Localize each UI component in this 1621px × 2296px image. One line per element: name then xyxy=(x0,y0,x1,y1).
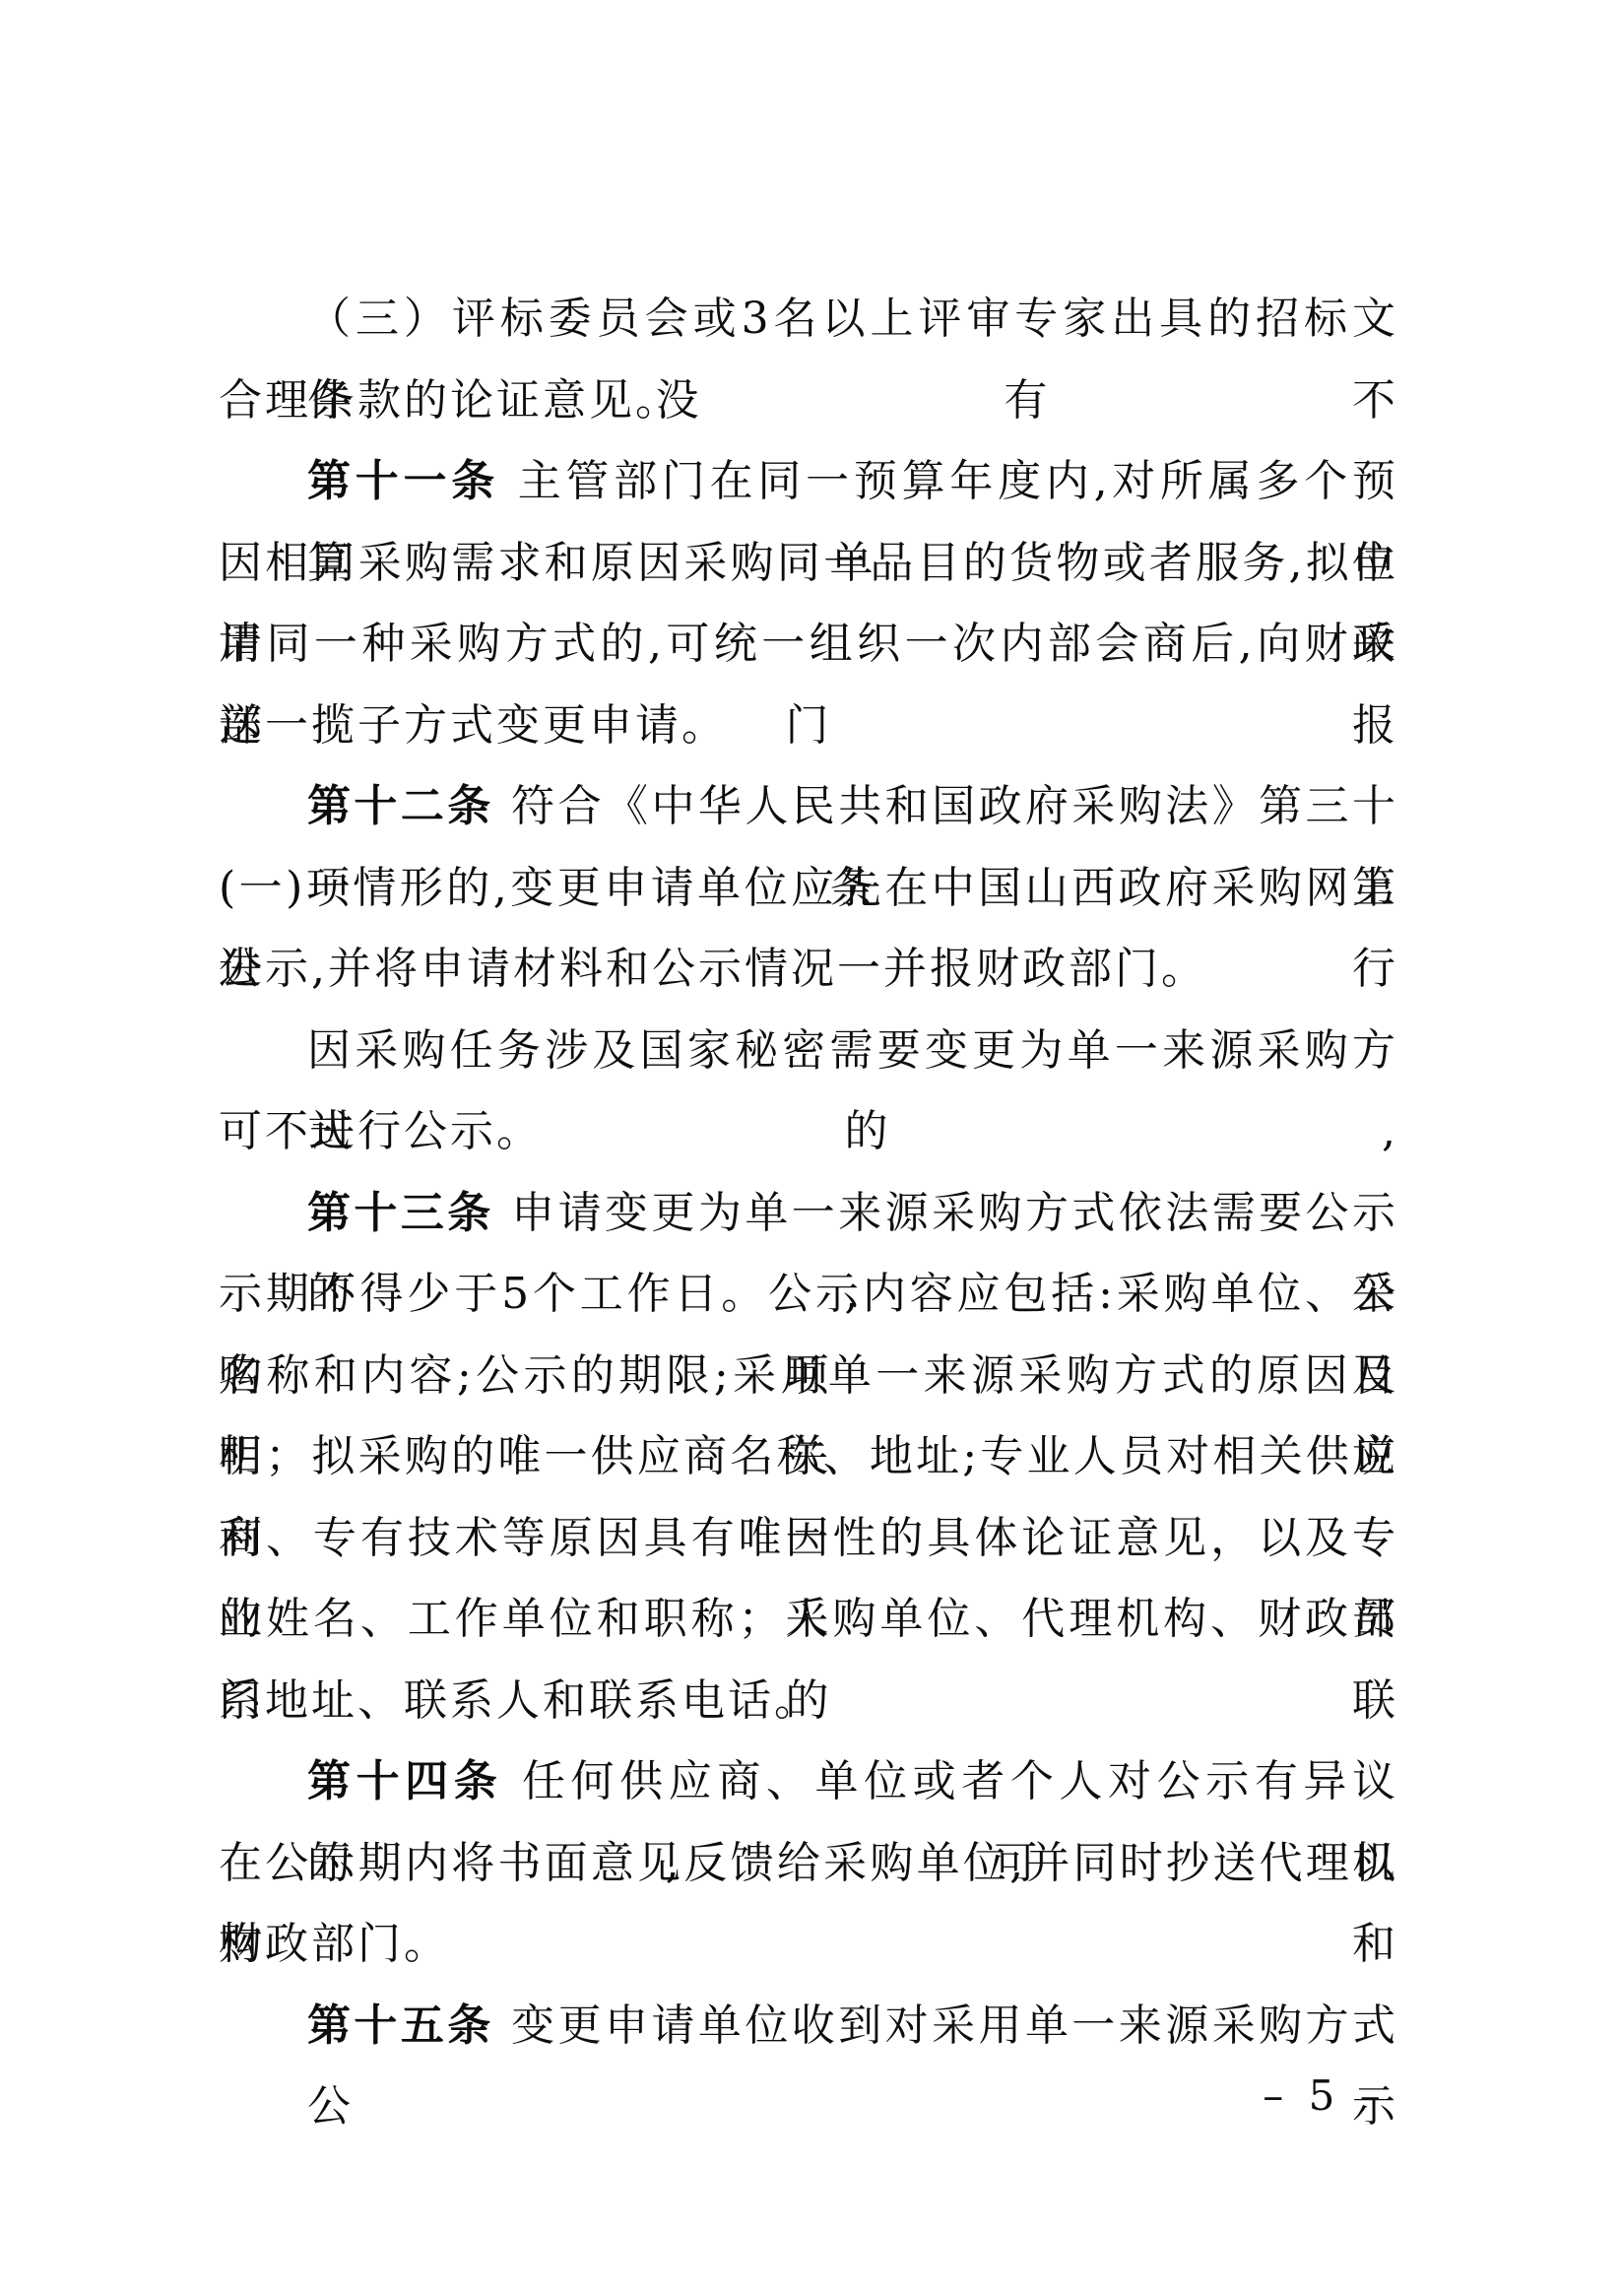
article-number: 第十五条 xyxy=(307,2001,494,2051)
text-line: 示期不得少于5个工作日。公示内容应包括:采购单位、采购项目 xyxy=(219,1254,1398,1336)
text-segment: 系地址、联系人和联系电话。 xyxy=(219,1675,820,1726)
article-number: 第十一条 xyxy=(307,456,499,506)
text-line: （三）评标委员会或3名以上评审专家出具的招标文件没有不 xyxy=(219,279,1398,361)
document-lines: （三）评标委员会或3名以上评审专家出具的招标文件没有不合理条款的论证意见。第十一… xyxy=(219,279,1398,2066)
text-line: 第十四条 任何供应商、单位或者个人对公示有异议的,可以 xyxy=(219,1741,1398,1823)
text-line: (一)项情形的,变更申请单位应先在中国山西政府采购网上进行 xyxy=(219,848,1398,930)
text-line: 名称和内容;公示的期限;采用单一来源采购方式的原因及相关说 xyxy=(219,1336,1398,1417)
text-line: 用同一种采购方式的,可统一组织一次内部会商后,向财政部门报 xyxy=(219,604,1398,686)
text-line: 的姓名、工作单位和职称；采购单位、代理机构、财政部门的联 xyxy=(219,1579,1398,1661)
text-segment: 公示,并将申请材料和公示情况一并报财政部门。 xyxy=(219,944,1207,994)
article-number: 第十四条 xyxy=(307,1756,502,1806)
article-number: 第十三条 xyxy=(307,1188,494,1238)
text-line: 利、专有技术等原因具有唯一性的具体论证意见，以及专业人员 xyxy=(219,1498,1398,1580)
text-line: 第十一条 主管部门在同一预算年度内,对所属多个预算单位 xyxy=(219,441,1398,523)
text-segment: 财政部门。 xyxy=(219,1919,450,1969)
text-line: 第十五条 变更申请单位收到对采用单一来源采购方式公示 xyxy=(219,1986,1398,2067)
text-line: 在公示期内将书面意见反馈给采购单位,并同时抄送代理机构和 xyxy=(219,1823,1398,1905)
page-number: – 5 – xyxy=(1251,2066,1398,2126)
document-page: （三）评标委员会或3名以上评审专家出具的招标文件没有不合理条款的论证意见。第十一… xyxy=(0,0,1621,2296)
text-line: 因采购任务涉及国家秘密需要变更为单一来源采购方式的, xyxy=(219,1011,1398,1092)
text-line: 明；拟采购的唯一供应商名称、地址;专业人员对相关供应商因专 xyxy=(219,1416,1398,1498)
text-line: 因相同采购需求和原因采购同一品目的货物或者服务,拟申请采 xyxy=(219,523,1398,605)
article-number: 第十二条 xyxy=(307,781,494,831)
text-segment: 可不进行公示。 xyxy=(219,1106,543,1156)
text-line: 第十三条 申请变更为单一来源采购方式依法需要公示的,公 xyxy=(219,1173,1398,1255)
text-line: 第十二条 符合《中华人民共和国政府采购法》第三十一条第 xyxy=(219,766,1398,848)
text-segment: 送一揽子方式变更申请。 xyxy=(219,700,728,751)
text-segment: 合理条款的论证意见。 xyxy=(219,375,681,426)
